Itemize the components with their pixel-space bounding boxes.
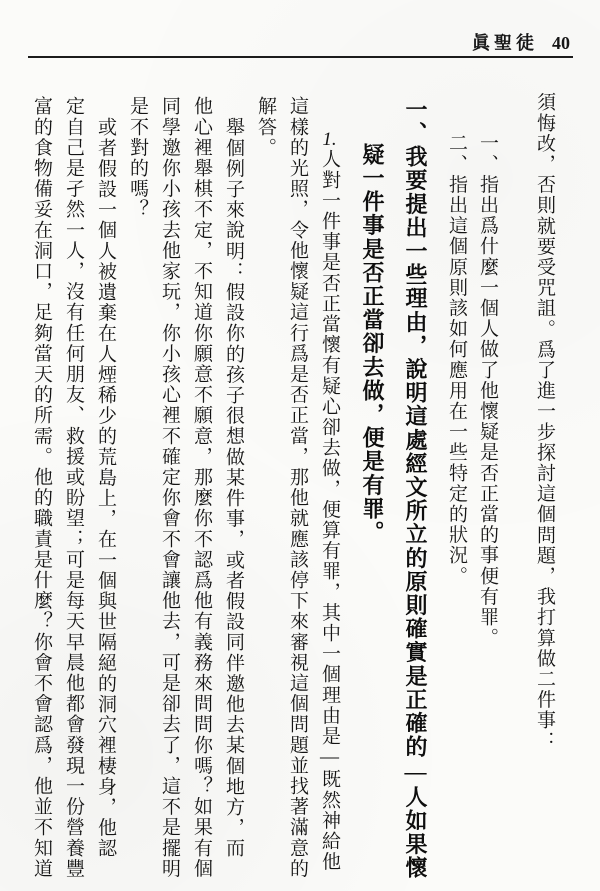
- text-column-3: 二、指出這個原則該如何應用在一些特定的狀況。: [447, 133, 466, 586]
- text-column-4-heading: 一、我要提出一些理由，說明這處經文所立的原則確實是正確的—人如果懷: [404, 98, 426, 880]
- text-column-15: 富的食物備妥在洞口，足夠當天的所需。他的職責是什麼？你會不會認爲，他並不知道: [32, 96, 51, 879]
- text-column-13: 或者假設一個人被遺棄在人煙稀少的荒島上，在一個與世隔絕的洞穴裡棲身，他認: [96, 117, 115, 859]
- text-column-6-body: 人對一件事是否正當懷有疑心卻去做，便算有罪，其中一個理由是—既然神給他: [319, 149, 340, 872]
- text-column-2: 一、指出爲什麼一個人做了他懷疑是否正當的事便有罪。: [478, 133, 497, 648]
- text-column-6: 1.人對一件事是否正當懷有疑心卻去做，便算有罪，其中一個理由是—既然神給他: [320, 130, 339, 872]
- page-header: 眞聖徒 40: [472, 29, 570, 55]
- list-number: 1.: [319, 130, 340, 149]
- text-column-9: 舉個例子來說明：假設你的孩子很想做某件事，或者假設同伴邀他去某個地方，而: [224, 117, 243, 859]
- text-column-14: 定自己是孑然一人，沒有任何朋友、救援或盼望；可是每天早晨他都會發現一份營養豐: [64, 96, 83, 879]
- scanned-book-page: 眞聖徒 40 須悔改，否則就要受咒詛。爲了進一步探討這個問題，我打算做二件事： …: [0, 0, 600, 891]
- text-column-5-heading: 疑一件事是否正當卻去做，便是有罪。: [361, 143, 383, 544]
- running-title: 眞聖徒: [472, 29, 538, 55]
- header-rule: [28, 56, 573, 58]
- text-column-12: 是不對的嗎？: [128, 96, 147, 220]
- page-number: 40: [552, 33, 570, 54]
- text-column-7: 這樣的光照，令他懷疑這行爲是否正當，那他就應該停下來審視這個問題並找著滿意的: [288, 96, 307, 879]
- text-column-1: 須悔改，否則就要受咒詛。爲了進一步探討這個問題，我打算做二件事：: [535, 92, 554, 751]
- text-column-10: 他心裡舉棋不定，不知道你願意不願意，那麼你不認爲他有義務來問問你嗎？如果有個: [192, 96, 211, 879]
- text-column-11: 同學邀你小孩去他家玩，你小孩心裡不確定你會不會讓他去，可是卻去了，這不是擺明: [160, 96, 179, 879]
- text-column-8: 解答。: [256, 96, 275, 158]
